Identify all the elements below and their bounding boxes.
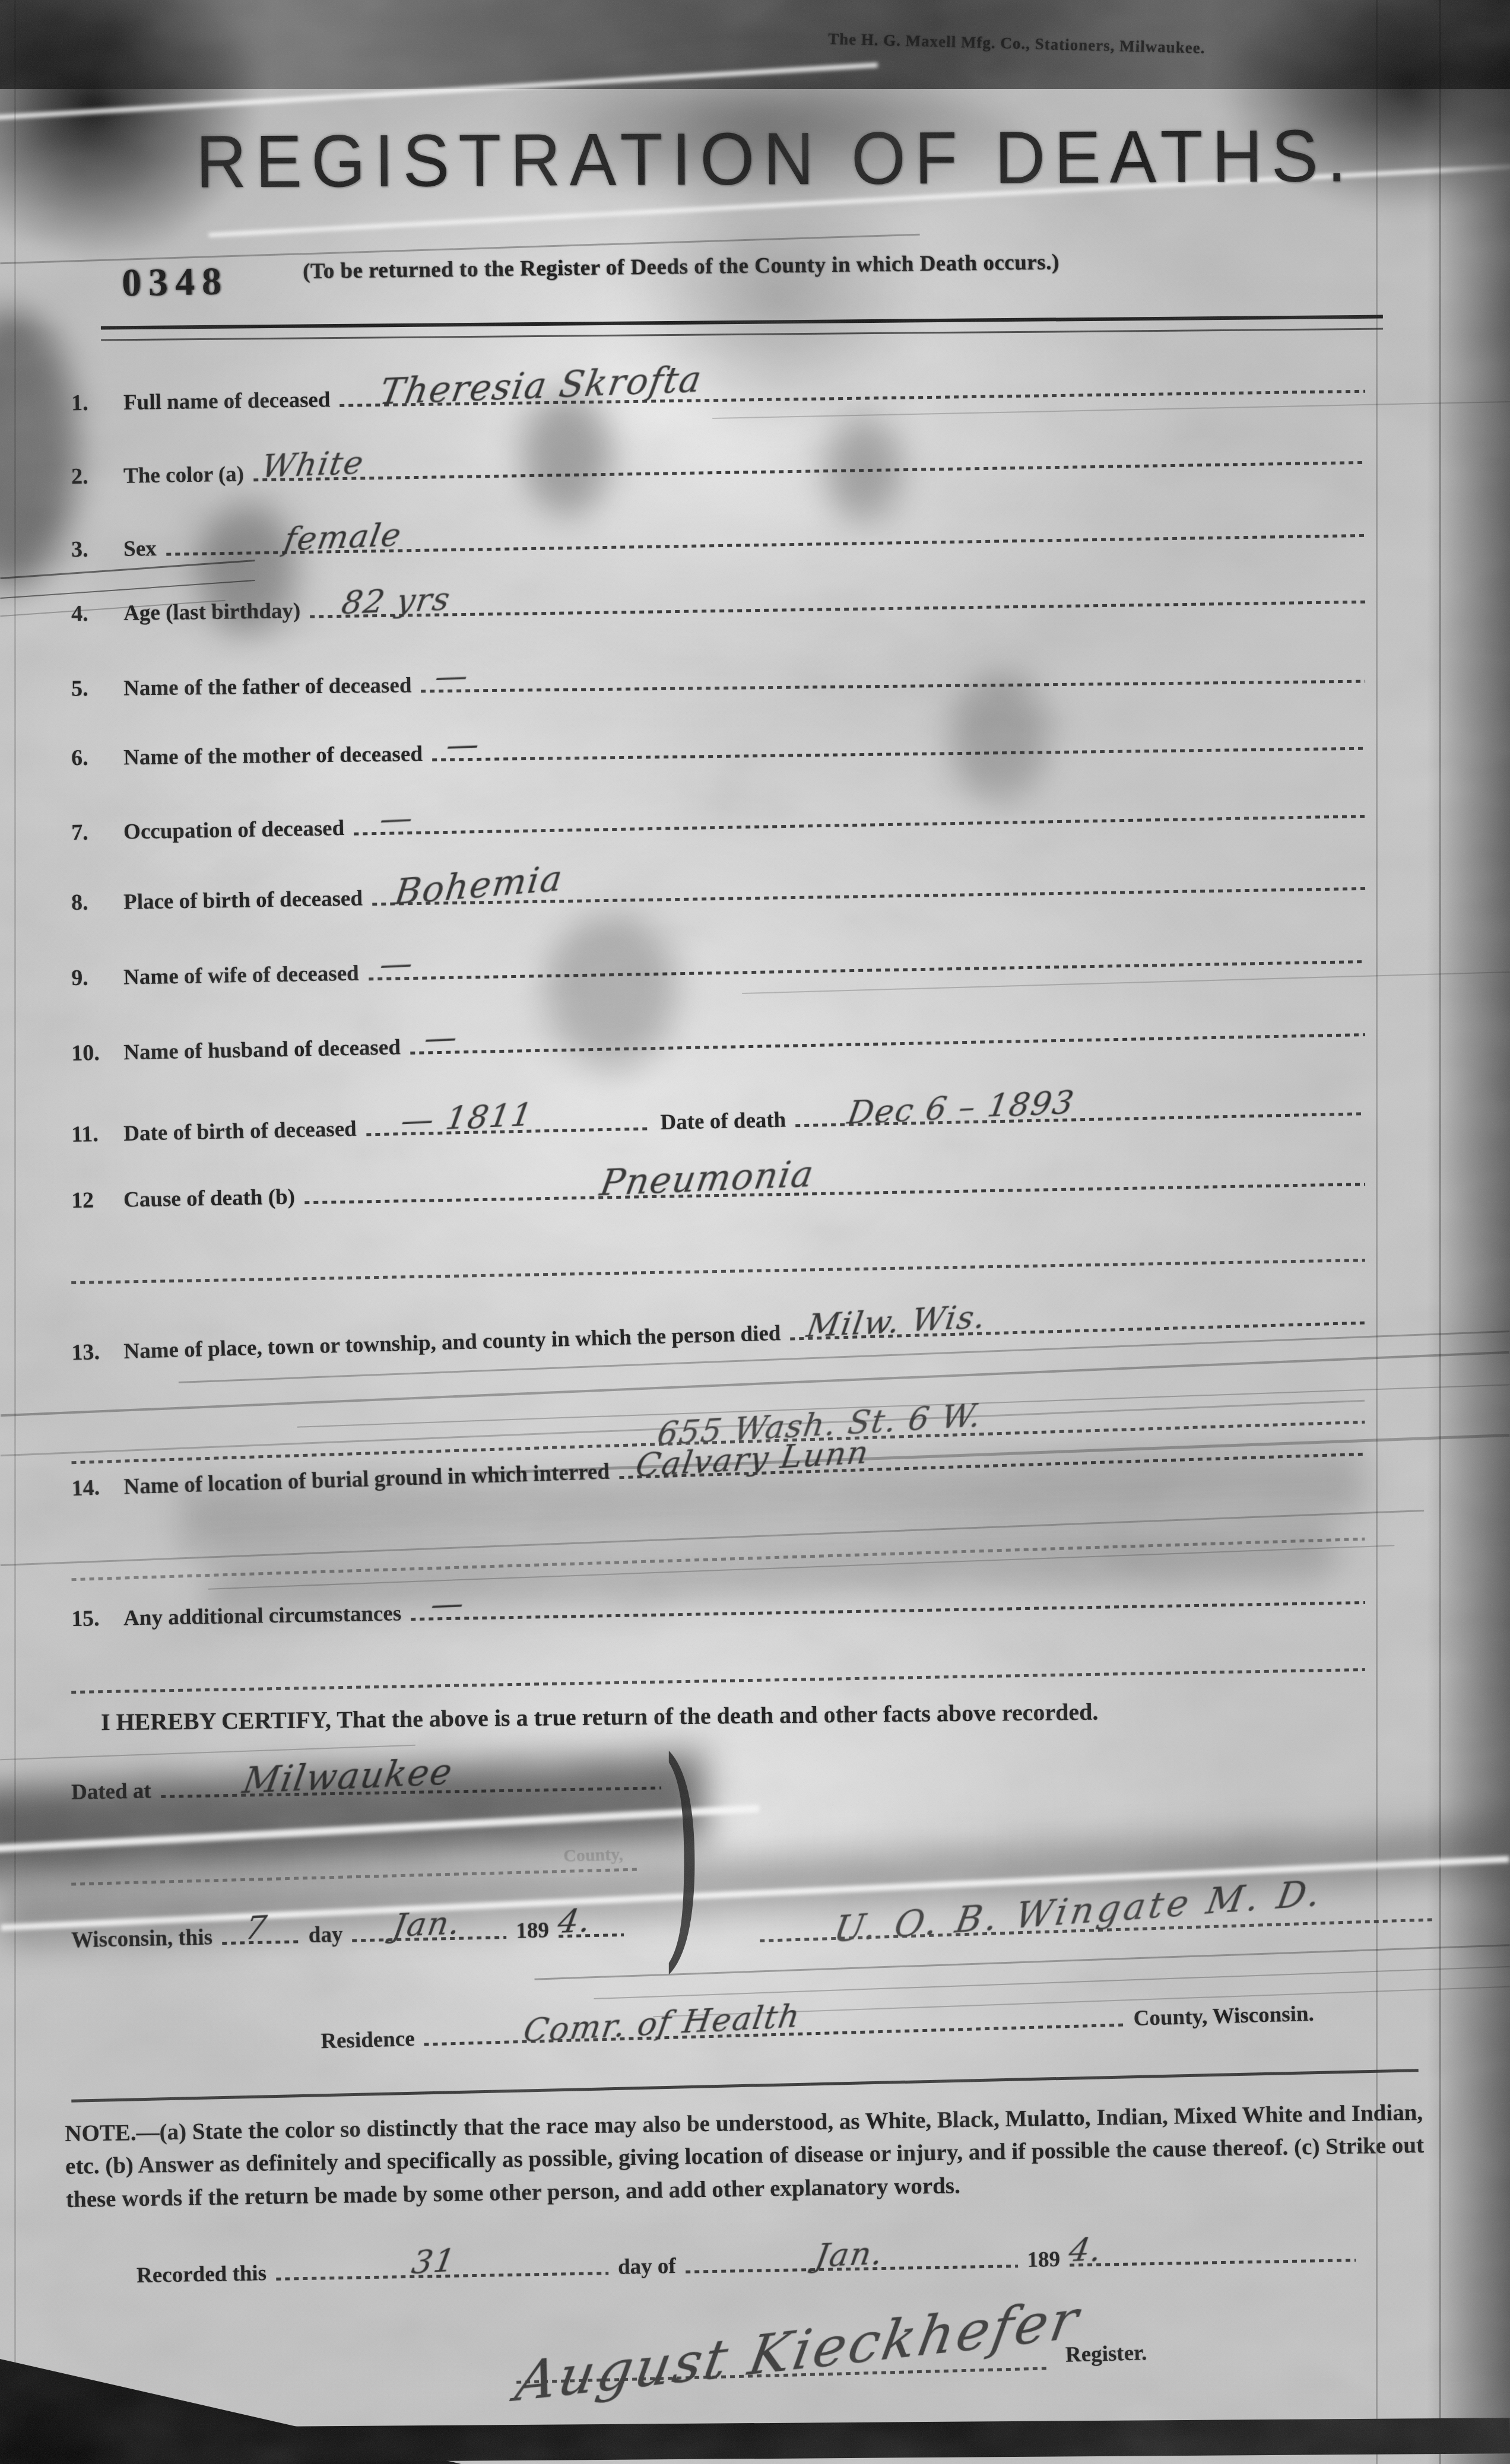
state-line-prefix: Wisconsin, this <box>71 1925 213 1953</box>
dotted-leader: Pneumonia <box>304 1183 1365 1204</box>
field-row: 6. Name of the mother of deceased — <box>71 729 1365 771</box>
scan-artifact <box>1376 0 1378 2464</box>
field-row: 7. Occupation of deceased — <box>71 797 1365 846</box>
dotted-leader <box>71 1668 1365 1694</box>
field-label: Cause of death (b) <box>123 1184 296 1212</box>
field-row: 2. The color (a) White <box>71 443 1365 490</box>
field-label: Sex <box>123 536 157 562</box>
field-row: 10. Name of husband of deceased — <box>71 1015 1365 1066</box>
field-row: 9. Name of wife of deceased — <box>71 942 1365 991</box>
field-number: 6. <box>71 744 115 771</box>
field-label: Name of place, town or township, and cou… <box>123 1320 781 1364</box>
field-number: 3. <box>71 536 115 563</box>
document-number: 0348 <box>121 259 229 306</box>
field-value: — 1811 <box>398 1096 536 1140</box>
field-row: 11. Date of birth of deceased — 1811 Dat… <box>71 1094 1365 1148</box>
field-number: 13. <box>71 1338 115 1366</box>
dotted-leader: Theresia Skrofta <box>340 390 1366 407</box>
residence-row: Residence Comr. of Health County, Wiscon… <box>321 2001 1315 2055</box>
field-label-date-of-death: Date of death <box>660 1107 786 1135</box>
field-number: 9. <box>71 964 115 991</box>
field-value: 82 yrs <box>339 580 454 621</box>
field-label: Place of birth of deceased <box>123 885 363 915</box>
dotted-leader: 82 yrs <box>310 601 1365 618</box>
field-label: Name of husband of deceased <box>123 1034 401 1065</box>
month-value: Jan. <box>391 1904 465 1945</box>
dotted-leader: — <box>421 680 1365 693</box>
field-label: Occupation of deceased <box>123 815 345 844</box>
recorded-row: Recorded this 31 day of Jan. 189 4. <box>137 2241 1356 2288</box>
field-number: 11. <box>71 1120 115 1147</box>
field-label: Name of wife of deceased <box>123 961 359 990</box>
dotted-leader: U. O. B. Wingate M. D. <box>760 1918 1436 1942</box>
residence-label: Residence <box>321 2026 415 2054</box>
dotted-leader: Comr. of Health <box>424 2024 1124 2046</box>
field-number: 8. <box>71 889 115 916</box>
dotted-leader: — <box>432 747 1365 761</box>
field-row: 13. Name of place, town or township, and… <box>71 1304 1365 1366</box>
field-number: 7. <box>71 819 115 846</box>
dotted-leader: August Kieckhefer <box>516 2367 1051 2384</box>
register-label: Register. <box>1065 2340 1147 2368</box>
dotted-leader: — <box>411 1601 1365 1621</box>
field-value: Dec 6 – 1893 <box>845 1083 1078 1131</box>
field-label: Name of the father of deceased <box>123 672 412 701</box>
recorded-day: 31 <box>409 2242 459 2281</box>
register-signature: August Kieckhefer <box>511 2287 1085 2414</box>
year-written: 4. <box>555 1901 594 1941</box>
field-label: The color (a) <box>123 462 244 489</box>
residence-suffix: County, Wisconsin. <box>1133 2001 1314 2031</box>
dotted-leader: — <box>354 815 1365 836</box>
field-number: 4. <box>71 600 115 627</box>
page-title: REGISTRATION OF DEATHS. <box>196 113 1356 205</box>
scan-artifact <box>522 392 611 516</box>
field-number: 10. <box>71 1040 115 1066</box>
dotted-leader: Jan. <box>686 2265 1018 2274</box>
field-number: 14. <box>71 1474 115 1501</box>
field-number: 12 <box>71 1187 115 1214</box>
field-number: 15. <box>71 1605 115 1632</box>
dotted-leader: Jan. <box>353 1936 507 1942</box>
recorded-prefix: Recorded this <box>137 2260 267 2288</box>
field-label: Age (last birthday) <box>123 598 301 626</box>
field-value: Theresia Skrofta <box>377 358 706 413</box>
dotted-leader: 31 <box>276 2272 608 2281</box>
residence-value: Comr. of Health <box>521 1997 804 2049</box>
dated-at-label: Dated at <box>71 1778 151 1805</box>
field-number: 5. <box>71 675 114 702</box>
dotted-leader: female <box>166 534 1365 556</box>
dotted-leader: 4. <box>559 1933 624 1938</box>
certification-text: I HEREBY CERTIFY, That the above is a tr… <box>68 1693 1416 1738</box>
recorded-year-printed: 189 <box>1027 2247 1060 2273</box>
county-word: County, <box>563 1844 624 1866</box>
field-label: Date of birth of deceased <box>123 1116 357 1147</box>
field-value: — <box>421 1018 461 1058</box>
field-value: White <box>259 443 367 485</box>
dotted-leader: — 1811 <box>366 1127 651 1136</box>
page-subtitle: (To be returned to the Register of Deeds… <box>303 249 1059 284</box>
field-number: 2. <box>71 463 115 490</box>
scan-artifact <box>1439 0 1441 2464</box>
recorded-year-written: 4. <box>1066 2231 1105 2270</box>
field-number: 1. <box>71 389 115 416</box>
field-row: 12 Cause of death (b) Pneumonia <box>71 1165 1365 1214</box>
dotted-leader: 7 <box>222 1940 299 1945</box>
dotted-leader: Bohemia <box>372 887 1365 906</box>
dotted-leader: — <box>410 1033 1365 1055</box>
field-value: Pneumonia <box>597 1153 817 1204</box>
dated-at-value: Milwaukee <box>240 1751 456 1802</box>
dotted-leader: White <box>253 461 1365 481</box>
field-value: — <box>428 1585 468 1624</box>
year-printed: 189 <box>516 1918 549 1944</box>
field-row: 8. Place of birth of deceased Bohemia <box>71 869 1365 916</box>
scanned-death-registration-page: The H. G. Maxell Mfg. Co., Stationers, M… <box>0 0 1510 2464</box>
field-label: Name of the mother of deceased <box>123 741 423 770</box>
field-value: — <box>443 725 483 764</box>
field-value: — <box>377 944 417 983</box>
field-value: Bohemia <box>392 858 566 913</box>
field-label: Any additional circumstances <box>123 1601 402 1631</box>
field-value: female <box>281 516 405 558</box>
section-divider <box>71 2069 1419 2102</box>
recorded-month: Jan. <box>813 2234 887 2274</box>
field-value: — <box>433 657 472 696</box>
scan-artifact <box>0 309 77 588</box>
brace: ) <box>661 1736 703 1969</box>
dotted-leader: 4. <box>1070 2259 1356 2266</box>
field-value: Milw. Wis. <box>804 1297 989 1345</box>
dotted-leader: Dec 6 – 1893 <box>795 1112 1365 1127</box>
note-text: NOTE.—(a) State the color so distinctly … <box>65 2096 1425 2216</box>
dotted-leader: — <box>369 960 1365 980</box>
recorded-middle: day of <box>618 2253 676 2280</box>
field-label: Full name of deceased <box>123 387 331 415</box>
field-row: 5. Name of the father of deceased — <box>71 662 1365 702</box>
field-value: — <box>377 799 417 838</box>
dotted-leader: Milw. Wis. <box>791 1322 1365 1341</box>
day-word: day <box>308 1922 342 1948</box>
dotted-leader <box>71 1259 1365 1284</box>
